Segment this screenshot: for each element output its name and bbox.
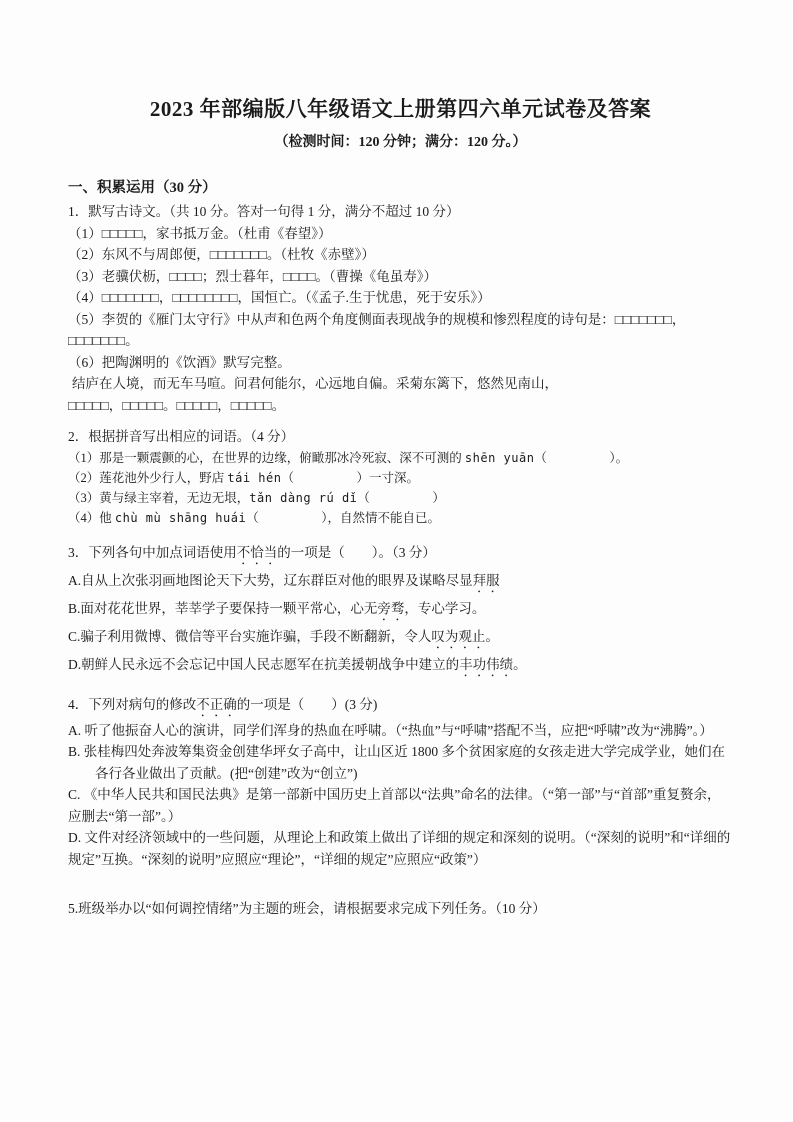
pinyin-text: tái hén bbox=[227, 471, 281, 485]
q4-option-d: D. 文件对经济领域中的一些问题，从理论上和政策上做出了详细的规定和深刻的说明。… bbox=[68, 827, 733, 870]
q2-item-3: （3）黄与绿主宰着，无边无垠，tǎn dàng rú dǐ（ ） bbox=[68, 488, 733, 508]
q2-item-2: （2）莲花池外少行人，野店 tái hén（ ）一寸深。 bbox=[68, 468, 733, 488]
q2-item-2-blank: （ ）一寸深。 bbox=[281, 471, 419, 485]
q4-option-b: B. 张桂梅四处奔波筹集资金创建华坪女子高中，让山区近 1800 多个贫困家庭的… bbox=[68, 741, 733, 784]
q1-poem-line: 结庐在人境，而无车马喧。问君何能尔，心远地自偏。采菊东篱下，悠然见南山， bbox=[68, 373, 733, 395]
q1-item-3: （3）老骥伏枥，□□□□；烈士暮年，□□□□。（曹操《龟虽寿》） bbox=[68, 266, 733, 288]
q3-option-c-tail: 。 bbox=[485, 629, 499, 644]
q3-stem: 3．下列各句中加点词语使用不恰当的一项是（ ）。（3 分） bbox=[68, 540, 733, 568]
pinyin-text: tǎn dàng rú dǐ bbox=[249, 491, 357, 505]
q3-option-d-tail: 。 bbox=[513, 657, 527, 672]
q2-item-4-text: （4）他 bbox=[68, 511, 115, 525]
q3-option-a: A.自从上次张羽画地图论天下大势，辽东群臣对他的眼界及谋略尽显拜服 bbox=[68, 568, 733, 596]
q3-option-a-text: A.自从上次张羽画地图论天下大势，辽东群臣对他的眼界及谋略尽显 bbox=[68, 573, 473, 588]
question-2: 2．根据拼音写出相应的词语。（4 分） （1）那是一颗震颤的心，在世界的边缘，俯… bbox=[68, 426, 733, 528]
q1-blank-line: □□□□□，□□□□□。□□□□□，□□□□□。 bbox=[68, 395, 733, 417]
q1-item-6: （6）把陶渊明的《饮酒》默写完整。 bbox=[68, 352, 733, 374]
q3-option-b: B.面对花花世界，莘莘学子要保持一颗平常心，心无旁骛，专心学习。 bbox=[68, 596, 733, 624]
question-3: 3．下列各句中加点词语使用不恰当的一项是（ ）。（3 分） A.自从上次张羽画地… bbox=[68, 540, 733, 680]
q2-item-4: （4）他 chù mù shāng huái（ ），自然情不能自已。 bbox=[68, 508, 733, 528]
q2-item-3-text: （3）黄与绿主宰着，无边无垠， bbox=[68, 491, 249, 505]
q3-option-c-text: C.骗子利用微博、微信等平台实施诈骗，手段不断翻新，令人 bbox=[68, 629, 431, 644]
question-1: 1．默写古诗文。（共 10 分。答对一句得 1 分，满分不超过 10 分） （1… bbox=[68, 201, 733, 416]
q3-option-d-text: D.朝鲜人民永远不会忘记中国人民志愿军在抗美援朝战争中建立的 bbox=[68, 657, 459, 672]
q2-item-4-blank: （ ），自然情不能自已。 bbox=[246, 511, 440, 525]
question-4: 4．下列对病句的修改不正确的一项是（ ）(3 分) A. 听了他振奋人心的演讲，… bbox=[68, 694, 733, 871]
q5-stem: 5.班级举办以“如何调控情绪”为主题的班会，请根据要求完成下列任务。（10 分） bbox=[68, 898, 733, 920]
q1-item-4: （4）□□□□□□□，□□□□□□□□，国恒亡。（《孟子.生于忧患，死于安乐》） bbox=[68, 287, 733, 309]
q2-item-1-blank: （ ）。 bbox=[534, 451, 628, 465]
q3-option-c-emphasis: 叹为观止 bbox=[431, 629, 485, 644]
q4-stem-post: 的一项是（ ）(3 分) bbox=[237, 697, 378, 712]
exam-title: 2023 年部编版八年级语文上册第四六单元试卷及答案 bbox=[68, 96, 733, 122]
q4-stem: 4．下列对病句的修改不正确的一项是（ ）(3 分) bbox=[68, 694, 733, 720]
q1-item-1: （1）□□□□□，家书抵万金。（杜甫《春望》） bbox=[68, 223, 733, 245]
q3-stem-post: 的一项是（ ）。（3 分） bbox=[277, 545, 436, 560]
q4-option-a: A. 听了他振奋人心的演讲，同学们浑身的热血在呼啸。（“热血”与“呼啸”搭配不当… bbox=[68, 720, 733, 742]
q2-item-1-text: （1）那是一颗震颤的心，在世界的边缘，俯瞰那冰冷死寂、深不可测的 bbox=[68, 451, 465, 465]
q3-stem-emphasis: 不恰当 bbox=[237, 545, 278, 560]
exam-info-line: （检测时间：120 分钟；满分：120 分。） bbox=[68, 134, 733, 152]
section-1-heading: 一、积累运用（30 分） bbox=[68, 178, 733, 198]
q4-option-c: C. 《中华人民共和国民法典》是第一部新中国历史上首部以“法典”命名的法律。（“… bbox=[68, 784, 733, 827]
q1-item-2: （2）东风不与周郎便，□□□□□□□。（杜牧《赤壁》） bbox=[68, 244, 733, 266]
q3-option-d-emphasis: 丰功伟绩 bbox=[459, 657, 513, 672]
pinyin-text: chù mù shāng huái bbox=[115, 511, 246, 525]
q3-option-d: D.朝鲜人民永远不会忘记中国人民志愿军在抗美援朝战争中建立的丰功伟绩。 bbox=[68, 652, 733, 680]
q1-stem: 1．默写古诗文。（共 10 分。答对一句得 1 分，满分不超过 10 分） bbox=[68, 201, 733, 223]
q1-item-5: （5）李贺的《雁门太守行》中从声和色两个角度侧面表现战争的规模和惨烈程度的诗句是… bbox=[68, 309, 733, 352]
q2-item-1: （1）那是一颗震颤的心，在世界的边缘，俯瞰那冰冷死寂、深不可测的 shēn yu… bbox=[68, 448, 733, 468]
q2-stem: 2．根据拼音写出相应的词语。（4 分） bbox=[68, 426, 733, 448]
pinyin-text: shēn yuān bbox=[465, 451, 535, 465]
q3-option-b-tail: ，专心学习。 bbox=[404, 601, 485, 616]
q3-option-b-emphasis: 旁骛 bbox=[377, 601, 404, 616]
question-5: 5.班级举办以“如何调控情绪”为主题的班会，请根据要求完成下列任务。（10 分） bbox=[68, 898, 733, 920]
q2-item-3-blank: （ ） bbox=[357, 491, 445, 505]
q4-stem-emphasis: 不正确 bbox=[196, 697, 237, 712]
exam-paper-page: 2023 年部编版八年级语文上册第四六单元试卷及答案 （检测时间：120 分钟；… bbox=[0, 0, 793, 1122]
q3-stem-pre: 3．下列各句中加点词语使用 bbox=[68, 545, 237, 560]
q2-item-2-text: （2）莲花池外少行人，野店 bbox=[68, 471, 227, 485]
q4-stem-pre: 4．下列对病句的修改 bbox=[68, 697, 196, 712]
q3-option-a-emphasis: 拜服 bbox=[473, 573, 500, 588]
q3-option-c: C.骗子利用微博、微信等平台实施诈骗，手段不断翻新，令人叹为观止。 bbox=[68, 624, 733, 652]
q3-option-b-text: B.面对花花世界，莘莘学子要保持一颗平常心，心无 bbox=[68, 601, 377, 616]
